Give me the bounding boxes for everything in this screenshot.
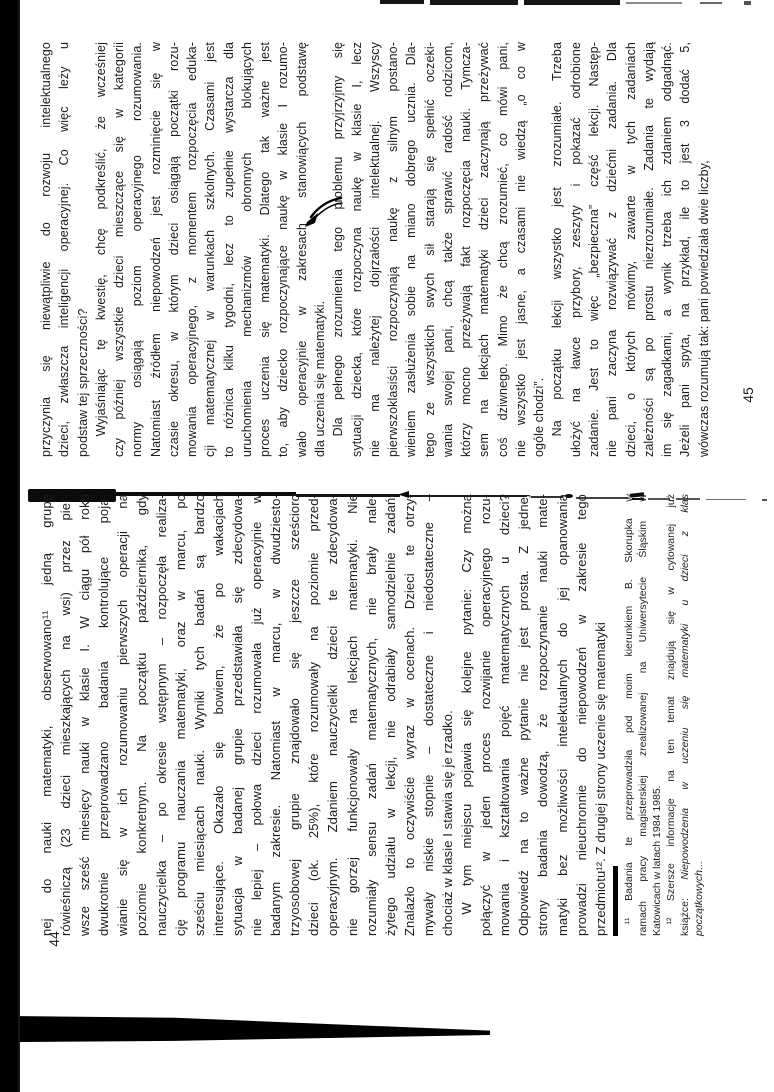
text-line: ramach pracy magisterskiej zrealizowanej… <box>636 494 650 936</box>
text-line: początkowych... <box>692 494 706 936</box>
text-line: przyczynia się niewątpliwie do rozwoju i… <box>37 42 55 457</box>
text-line: ułożyć na ławce przybory, zeszyty i poka… <box>567 42 585 457</box>
text-line: to, aby dziecko rozpoczynające naukę w k… <box>274 42 292 457</box>
text-line: którzy mocno przeżywają fakt rozpoczęcia… <box>457 42 475 457</box>
text-line: dzieci, zwłaszcza inteligencji operacyjn… <box>55 42 73 457</box>
text-line: dzieci, o których mówimy, zawarte w tych… <box>622 42 640 457</box>
text-line: chociaż w klasie I stawia się je rzadko. <box>438 494 457 936</box>
text-line: Jeżeli pani spyta, na przykład, ile to j… <box>676 42 694 457</box>
scan-bottom-edge-smudge <box>20 1015 490 1042</box>
text-line: pierwszoklasiści rozpoczynają naukę z si… <box>384 42 402 457</box>
text-line: nie wszystko jest jasne, a czasami nie w… <box>512 42 530 457</box>
text-line: połączyć w jeden proces rozwijanie opera… <box>476 494 495 936</box>
text-line: uruchomienia mechanizmów obronnych bloku… <box>238 42 256 457</box>
arrow-tail <box>311 198 341 217</box>
page-44: nej do nauki matematyki, obserwowano¹¹ j… <box>37 494 706 936</box>
text-line: książce: Niepowodzenia w uczeniu się mat… <box>678 494 692 936</box>
text-line: ¹² Szersze informacje na ten temat znajd… <box>664 494 678 936</box>
text-line: mowania operacyjnego, z momentem rozpocz… <box>183 42 201 457</box>
text-line: ogóle chodzi”. <box>530 42 548 457</box>
text-line: strony badania dowodzą, że rozpoczynanie… <box>533 494 552 936</box>
text-line: badanym zakresie. Natomiast w marcu, w d… <box>266 494 285 936</box>
handwritten-arrow-annotation <box>301 194 343 230</box>
text-line: nauczycielka – po okresie wstępnym – roz… <box>152 494 171 936</box>
text-line: mowania i kształtowania pojęć matematycz… <box>495 494 514 936</box>
text-line: żytego udziału w lekcji, nie odrabiały s… <box>381 494 400 936</box>
text-line: poziomie konkretnym. Na początku paździe… <box>132 494 151 936</box>
text-line: nej do nauki matematyki, obserwowano¹¹ j… <box>37 494 56 936</box>
text-line: wania swojej pani, chcą także sprawić ra… <box>439 42 457 457</box>
page-number-45: 45 <box>740 384 758 406</box>
text-line: wsze sześć miesięcy nauki w klasie I. W … <box>75 494 94 936</box>
text-line: nie pani zaczyna rozwiązywać z dziećmi z… <box>603 42 621 457</box>
page-45-body: przyczynia się niewątpliwie do rozwoju i… <box>37 42 713 457</box>
page-45-text-block: przyczynia się niewątpliwie do rozwoju i… <box>37 42 713 457</box>
text-line: Znalazło to oczywiście wyraz w ocenach. … <box>400 494 419 936</box>
text-line: W tym miejscu pojawia się kolejne pytani… <box>457 494 476 936</box>
text-line: nie gorzej funkcjonowały na lekcjach mat… <box>343 494 362 936</box>
text-line: sem na lekcjach matematyki dzieci zaczyn… <box>475 42 493 457</box>
text-line: tego ze wszystkich swych sił starają się… <box>421 42 439 457</box>
text-line: cji matematycznej w warunkach szkolnych.… <box>201 42 219 457</box>
scan-left-edge-black-bar <box>0 0 20 1092</box>
text-line: wianie się w ich rozumowaniu pierwszych … <box>113 494 132 936</box>
text-line: ¹¹ Badania te przeprowadziła pod moim ki… <box>622 494 636 936</box>
text-line: Natomiast źródłem niepowodzeń jest rozmi… <box>147 42 165 457</box>
text-line: wało operacyjnie w zakresach stanowiącyc… <box>293 42 311 457</box>
text-line: przedmiotu¹². Z drugiej strony uczenie s… <box>591 494 610 936</box>
text-line: Wyjaśniając tę kwestię, chcę podkreślić,… <box>92 42 110 457</box>
text-line: prowadzi nieuchronnie do niepowodzeń w z… <box>572 494 591 936</box>
text-line: cję programu nauczania matematyki, oraz … <box>171 494 190 936</box>
page-number-44: 44 <box>46 928 64 950</box>
text-line: dwukrotnie przeprowadzano badania kontro… <box>94 494 113 936</box>
text-line: czy później wszystkie dzieci mieszczące … <box>110 42 128 457</box>
arrow-tail-double-stroke <box>316 203 342 217</box>
text-line: Katowicach w latach 1984 1985. <box>650 494 664 936</box>
text-line: sytuacja w badanej grupie przedstawiała … <box>228 494 247 936</box>
text-line: rówieśniczą (23 dzieci mieszkających na … <box>56 494 75 936</box>
page-gutter-crease <box>0 0 774 20</box>
page-44-footnotes: ¹¹ Badania te przeprowadziła pod moim ki… <box>622 494 706 936</box>
text-line: Dla pełnego zrozumienia tego problemu pr… <box>329 42 347 457</box>
text-line: czasie okresu, w którym dzieci osiągają … <box>165 42 183 457</box>
text-line: coś dziwnego. Mimo że chcą zrozumieć, co… <box>494 42 512 457</box>
text-line: zadanie. Jest to więc „bezpieczna” część… <box>585 42 603 457</box>
text-line: interesujące. Okazało się bowiem, że po … <box>209 494 228 936</box>
text-line: zależności są po prostu niezrozumiałe. Z… <box>640 42 658 457</box>
crease-dot-mark <box>762 499 767 501</box>
scanned-book-spread: { "document": { "language": "Polish", "p… <box>0 0 774 1092</box>
text-line: nie lepiej – połowa dzieci rozumowała ju… <box>247 494 266 936</box>
text-line: nie ma należytej dojrzałości intelektual… <box>366 42 384 457</box>
text-line: wieniem zasłużenia sobie na miano dobreg… <box>402 42 420 457</box>
text-line: matyki bez możliwości intelektualnych do… <box>553 494 572 936</box>
text-line: sześciu miesiącach nauki. Wyniki tych ba… <box>190 494 209 936</box>
text-line: mywały niskie stopnie – dostateczne i ni… <box>419 494 438 936</box>
text-line: im się zagadkami, a wynik trzeba ich zda… <box>658 42 676 457</box>
page-44-body: nej do nauki matematyki, obserwowano¹¹ j… <box>37 494 610 936</box>
page-45: przyczynia się niewątpliwie do rozwoju i… <box>37 42 713 457</box>
text-line: wówczas rozumują tak: pani powiedziała d… <box>695 42 713 457</box>
text-line: sytuacji dziecka, które rozpoczyna naukę… <box>348 42 366 457</box>
crease-segment <box>706 499 746 500</box>
text-line: to różnica kilku tygodni, lecz to zupełn… <box>220 42 238 457</box>
text-line: dla uczenia się matematyki. <box>311 42 329 457</box>
text-line: trzyosobowej grupie znajdowało się jeszc… <box>285 494 304 936</box>
text-line: podstaw tej sprzeczności? <box>74 42 92 457</box>
text-line: Na początku lekcji wszystko jest zrozumi… <box>548 42 566 457</box>
text-line: Odpowiedź na to ważne pytanie nie jest p… <box>514 494 533 936</box>
text-line: dzieci (ok. 25%), które rozumowały na po… <box>304 494 323 936</box>
footnote-rule <box>613 866 618 936</box>
text-line: rozumiały sensu zadań matematycznych, ni… <box>362 494 381 936</box>
page-44-text-block: nej do nauki matematyki, obserwowano¹¹ j… <box>37 494 706 936</box>
text-line: operacyjnym. Zdaniem nauczycielki dzieci… <box>323 494 342 936</box>
text-line: normy osiągają poziom operacyjnego rozum… <box>128 42 146 457</box>
text-line: proces uczenia się matematyki. Dlatego t… <box>256 42 274 457</box>
